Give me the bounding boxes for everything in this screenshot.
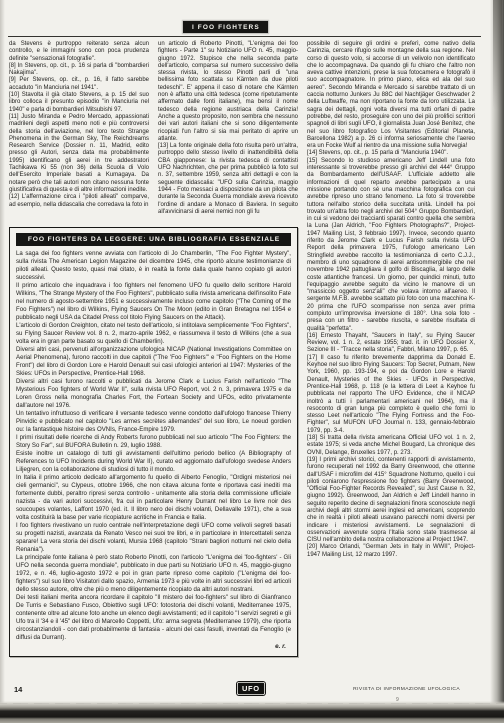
- scan-edge-bottom: [0, 701, 504, 723]
- footnote-column-2: un articolo di Roberto Pinotti, "L'enigm…: [158, 41, 298, 216]
- footnote-16: [16] Ernesto Thayaht, "Saucers in Italy"…: [307, 333, 475, 355]
- footnote-19: [19] I primi archivi storici, contenenti…: [307, 457, 475, 545]
- bibliography-box-title: FOO FIGHTERS DA LEGGERE: UNA BIBLIOGRAFI…: [16, 233, 291, 246]
- footnote-18: [18] Si tratta della rivista americana O…: [307, 435, 475, 457]
- scan-edge-left: [0, 0, 5, 723]
- bibliography-paragraph: La saga dei foo fighters venne avviata c…: [16, 250, 291, 282]
- bibliography-paragraph: Dei testi italiani merita ancora ricorda…: [16, 594, 291, 642]
- header-rule: [8, 36, 481, 37]
- footnote-10: [10] Stavolta il già citato Stevens, a p…: [9, 92, 149, 114]
- bibliography-box-body: La saga dei foo fighters venne avviata c…: [16, 250, 291, 651]
- footnote-column-3: possibile di seguire gli ordini e prefer…: [307, 41, 475, 657]
- scan-edge-corner: [493, 0, 502, 110]
- footnote-15: [15] Secondo lo studioso americano Jeff …: [307, 158, 475, 333]
- footer-magazine-subtitle: RIVISTA DI INFORMAZIONE UFOLOGICA: [353, 687, 460, 692]
- paragraph: possibile di seguire gli ordini e prefer…: [307, 41, 475, 150]
- page-number: 14: [14, 685, 22, 694]
- paragraph: da Stevens è purtroppo reiterato senza a…: [9, 41, 149, 63]
- author-initials: e. r.: [16, 643, 291, 651]
- bibliography-paragraph: La principale fonte italiana è però stat…: [16, 554, 291, 594]
- footnote-14: [14] Stevens, op. cit., p. 15 parla di "…: [307, 150, 475, 157]
- bibliography-paragraph: Esiste inoltre un catalogo di tutti gli …: [16, 450, 291, 474]
- scanned-magazine-page: I FOO FIGHTERS da Stevens è purtroppo re…: [0, 0, 504, 723]
- page-content: da Stevens è purtroppo reiterato senza a…: [9, 41, 475, 657]
- bibliography-paragraph: L'articolo di Gordon Creighton, citato n…: [16, 322, 291, 346]
- bibliography-paragraph: Diversi altri casi furono raccolti e pub…: [16, 378, 291, 410]
- bibliography-paragraph: I foo fighters rivestivano un ruolo cent…: [16, 522, 291, 554]
- footnote-columns: da Stevens è purtroppo reiterato senza a…: [9, 41, 298, 216]
- footnote-17: [17] Il caso fu riferito brevemente dapp…: [307, 355, 475, 435]
- section-header-tag: I FOO FIGHTERS: [183, 21, 268, 33]
- footnote-13: [13] La fonte originale della foto risul…: [158, 143, 298, 216]
- left-column-group: da Stevens è purtroppo reiterato senza a…: [9, 41, 298, 657]
- bibliography-box: FOO FIGHTERS DA LEGGERE: UNA BIBLIOGRAFI…: [9, 227, 298, 657]
- footnote-20: [20] Marco Orlandi, "German Jets in Ital…: [307, 544, 475, 559]
- footnote-9: [9] Per Stevens, op. cit., p. 16, il fat…: [9, 77, 149, 92]
- bibliography-paragraph: Diversi altri casi, pervenuti all'organi…: [16, 346, 291, 378]
- footnote-11: [11] Justo Miranda e Pedro Mercado, appa…: [9, 114, 149, 194]
- footnote-12: [12] L'affermazione circa i "piloti alle…: [9, 194, 149, 209]
- bibliography-paragraph: In Italia il primo articolo dedicato all…: [16, 474, 291, 522]
- footnote-8: [8] In Stevens, op. cit., p. 16 si parla…: [9, 63, 149, 78]
- paragraph: un articolo di Roberto Pinotti, "L'enigm…: [158, 41, 298, 143]
- bibliography-paragraph: Un tentativo infruttuoso di verificare i…: [16, 410, 291, 434]
- ufo-magazine-logo: UFO: [237, 682, 265, 695]
- bibliography-paragraph: I primi risultati delle ricerche di Andy…: [16, 434, 291, 450]
- footnote-column-1: da Stevens è purtroppo reiterato senza a…: [9, 41, 149, 216]
- bibliography-paragraph: Il primo articolo che inquadrava i foo f…: [16, 282, 291, 322]
